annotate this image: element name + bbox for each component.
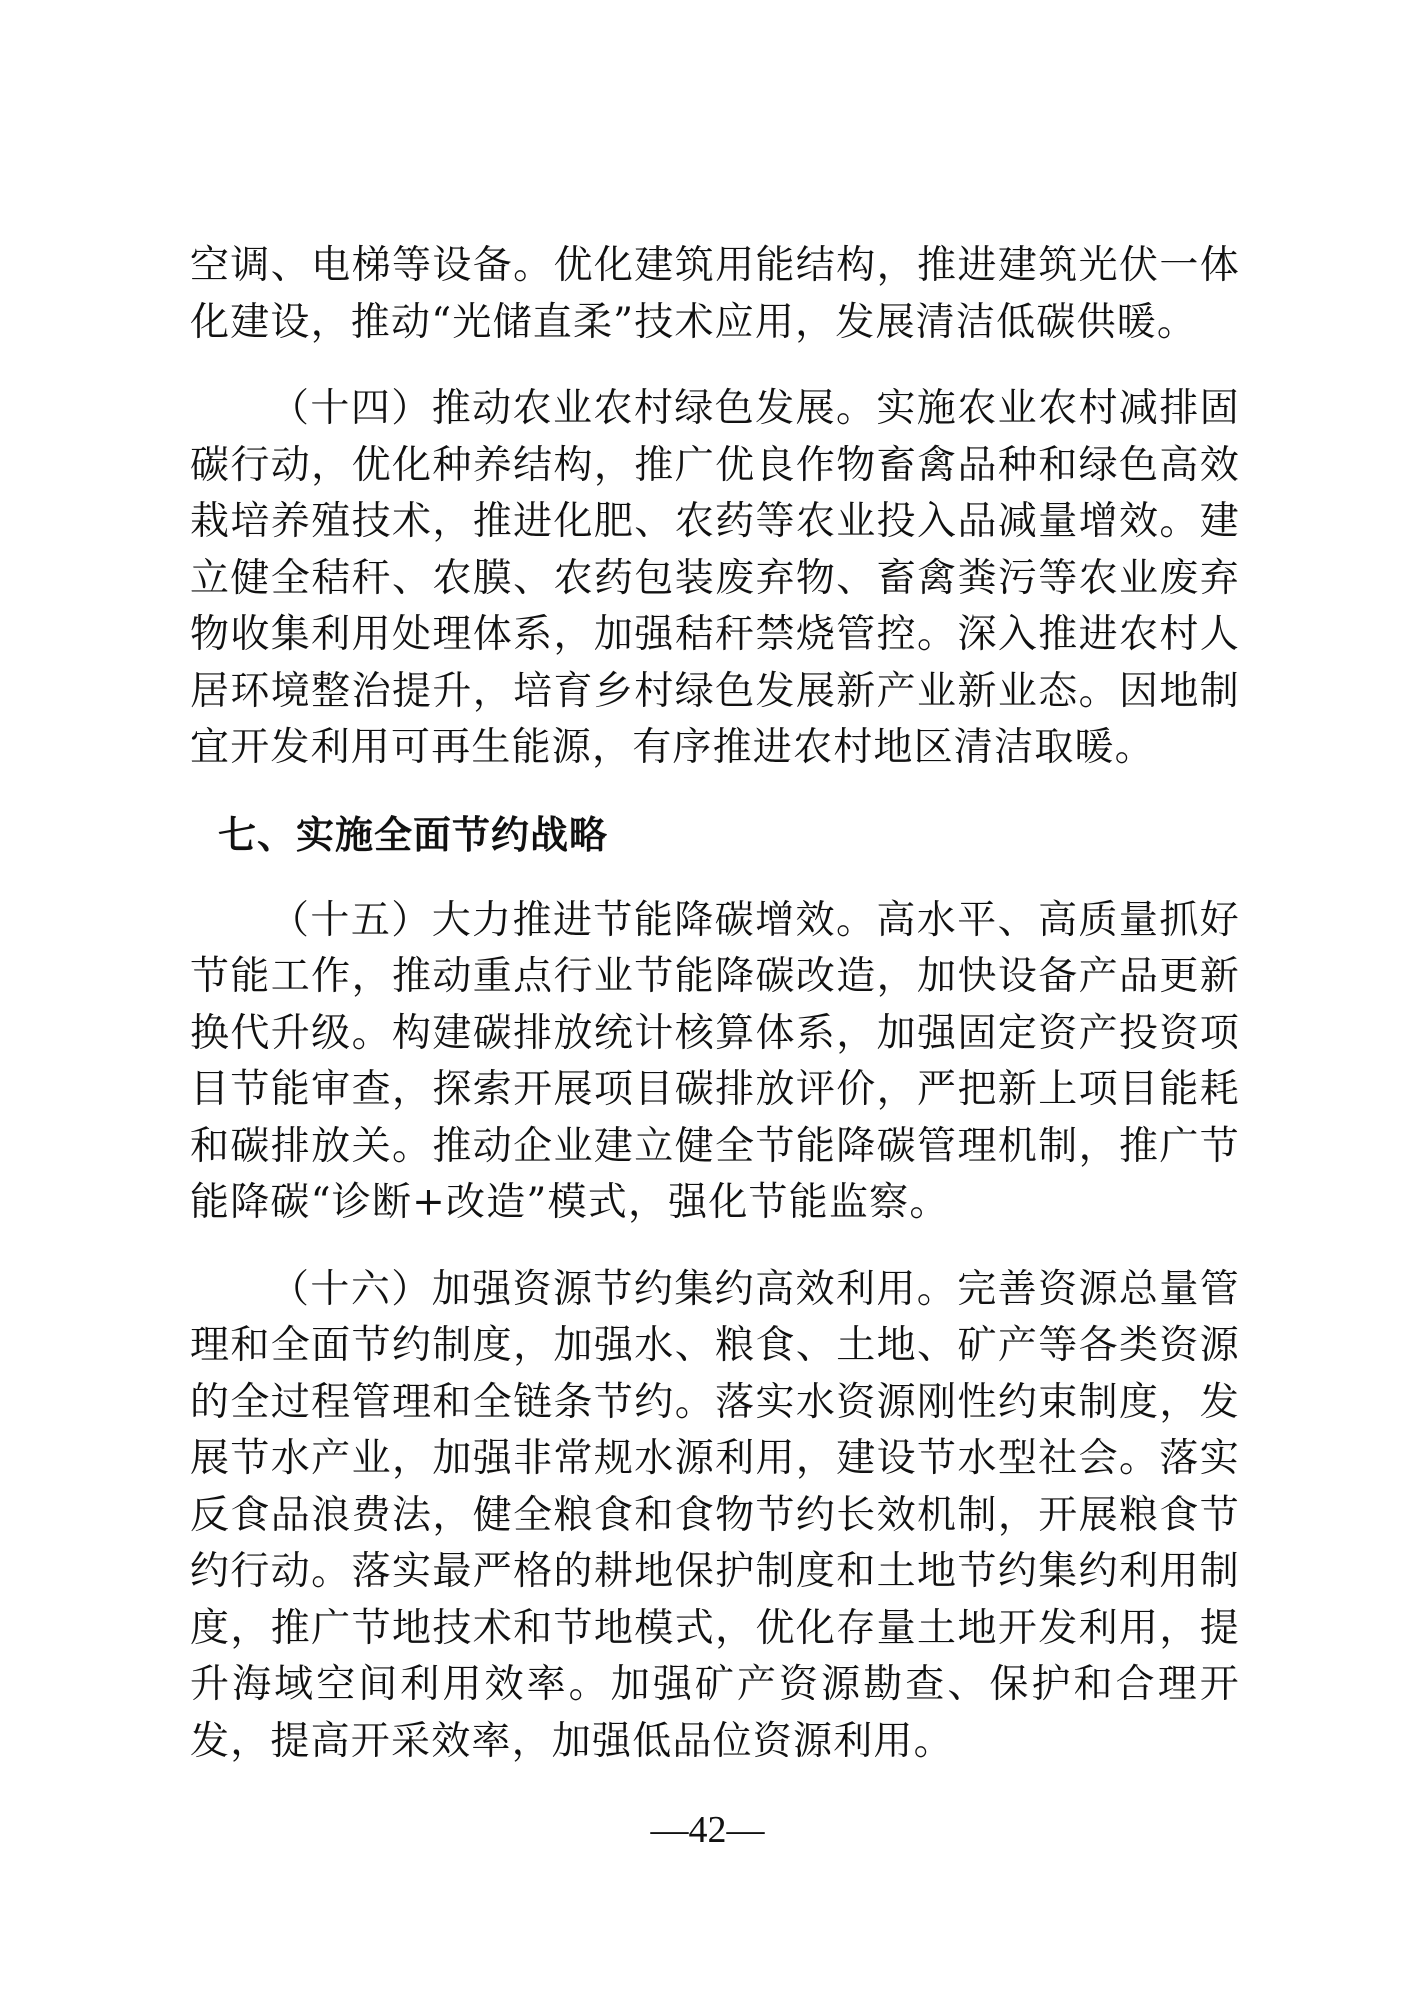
section-heading: 七、实施全面节约战略	[190, 807, 1240, 863]
paragraph-14: （十四）推动农业农村绿色发展。实施农业农村减排固碳行动，优化种养结构，推广优良作…	[190, 381, 1240, 777]
paragraph-gap	[190, 351, 1240, 381]
paragraph-gap	[190, 863, 1240, 893]
page-number: —42—	[0, 1808, 1415, 1852]
document-page: 空调、电梯等设备。优化建筑用能结构，推进建筑光伏一体化建设，推动“光储直柔”技术…	[190, 238, 1240, 1770]
paragraph-15: （十五）大力推进节能降碳增效。高水平、高质量抓好节能工作，推动重点行业节能降碳改…	[190, 893, 1240, 1232]
paragraph-gap	[190, 1232, 1240, 1262]
paragraph-continued: 空调、电梯等设备。优化建筑用能结构，推进建筑光伏一体化建设，推动“光储直柔”技术…	[190, 238, 1240, 351]
paragraph-16: （十六）加强资源节约集约高效利用。完善资源总量管理和全面节约制度，加强水、粮食、…	[190, 1262, 1240, 1771]
paragraph-gap	[190, 777, 1240, 807]
